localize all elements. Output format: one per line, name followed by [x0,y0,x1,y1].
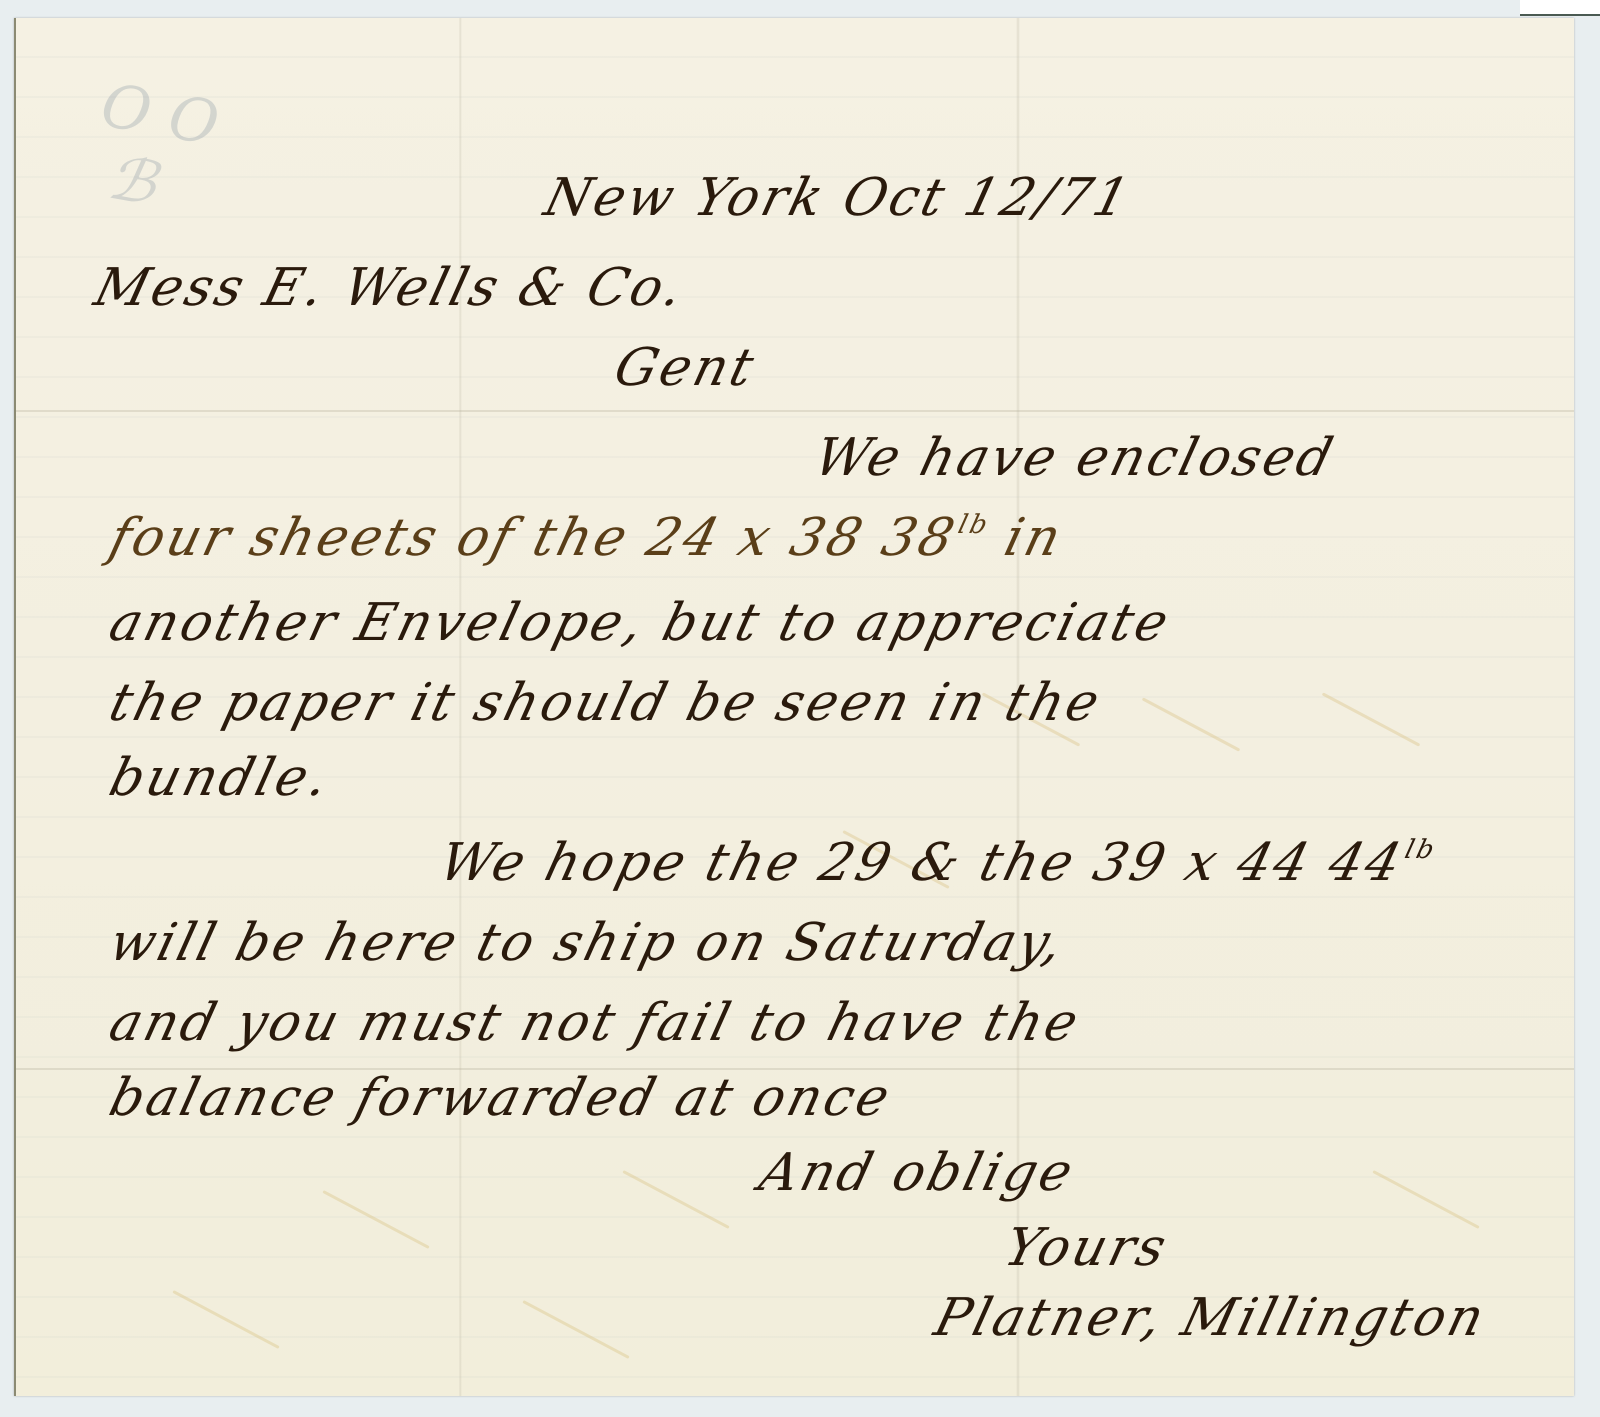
closing-yours: Yours [999,1218,1175,1278]
stain [522,1300,629,1359]
body-line: will be here to ship on Saturday, [104,913,1072,973]
stain [1322,692,1421,746]
body-line: four sheets of the 24 x 38 38lb in [104,508,1070,568]
fold-line [16,410,1574,412]
stain [1372,1170,1479,1229]
stain [1142,697,1241,751]
window-edge [1520,0,1600,16]
body-line: another Envelope, but to appreciate [104,593,1178,653]
salutation: Gent [609,338,763,398]
addressee: Mess E. Wells & Co. [89,258,692,318]
body-line: bundle. [104,748,337,808]
closing: And oblige [754,1143,1082,1203]
stain [622,1170,729,1229]
body-line: the paper it should be seen in the [104,673,1109,733]
body-line: We have enclosed [809,428,1342,488]
stain [172,1290,279,1349]
place-date: New York Oct 12/71 [539,168,1138,228]
body-line: We hope the 29 & the 39 x 44 44lb [434,833,1441,893]
letter-page: O O ℬ New York Oct 12/71 Mess E. Wells &… [14,18,1574,1396]
signature: Platner, Millington [929,1288,1493,1348]
stain [322,1190,429,1249]
body-line: and you must not fail to have the [104,993,1087,1053]
body-line: balance forwarded at once [104,1068,899,1128]
